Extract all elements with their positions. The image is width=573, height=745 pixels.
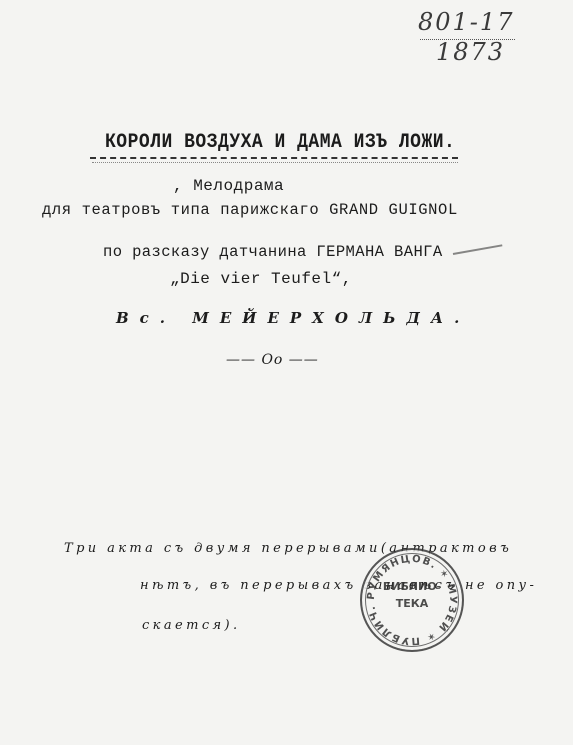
separator: —— Оо ——: [226, 352, 319, 368]
document-title: КОРОЛИ ВОЗДУХА И ДАМА ИЗЪ ЛОЖИ.: [105, 131, 455, 154]
title-dotted-line: [92, 162, 458, 163]
document-page: 801-17 1873 КОРОЛИ ВОЗДУХА И ДАМА ИЗЪ ЛО…: [0, 0, 573, 745]
author-line: Вс. МЕЙЕРХОЛЬДА.: [116, 309, 470, 327]
library-stamp: РУМЯНЦОВ. ✶ МУЗЕЙ ✶ ПУБЛИЧ. БИБЛИО- ТЕКА: [360, 548, 464, 652]
stamp-center-line-1: БИБЛИО-: [362, 580, 462, 594]
source-line: по разсказу датчанина ГЕРМАНА ВАНГА: [103, 243, 443, 261]
stamp-center-line-2: ТЕКА: [362, 597, 462, 611]
pen-underline-mark: [453, 244, 503, 255]
catalog-number-bottom: 1873: [436, 38, 505, 66]
genre-line: , Мелодрама: [173, 177, 284, 195]
title-underline: [90, 157, 458, 159]
theatre-line: для театровъ типа парижскаго GRAND GUIGN…: [42, 201, 458, 219]
catalog-number-top: 801-17: [418, 8, 514, 36]
note-line-3: скается).: [142, 618, 241, 633]
source-title: „Die vier Teufel“,: [170, 270, 352, 288]
note-line-2: нѣтъ, въ перерывахъ занавѣсъ не опу-: [140, 578, 537, 593]
